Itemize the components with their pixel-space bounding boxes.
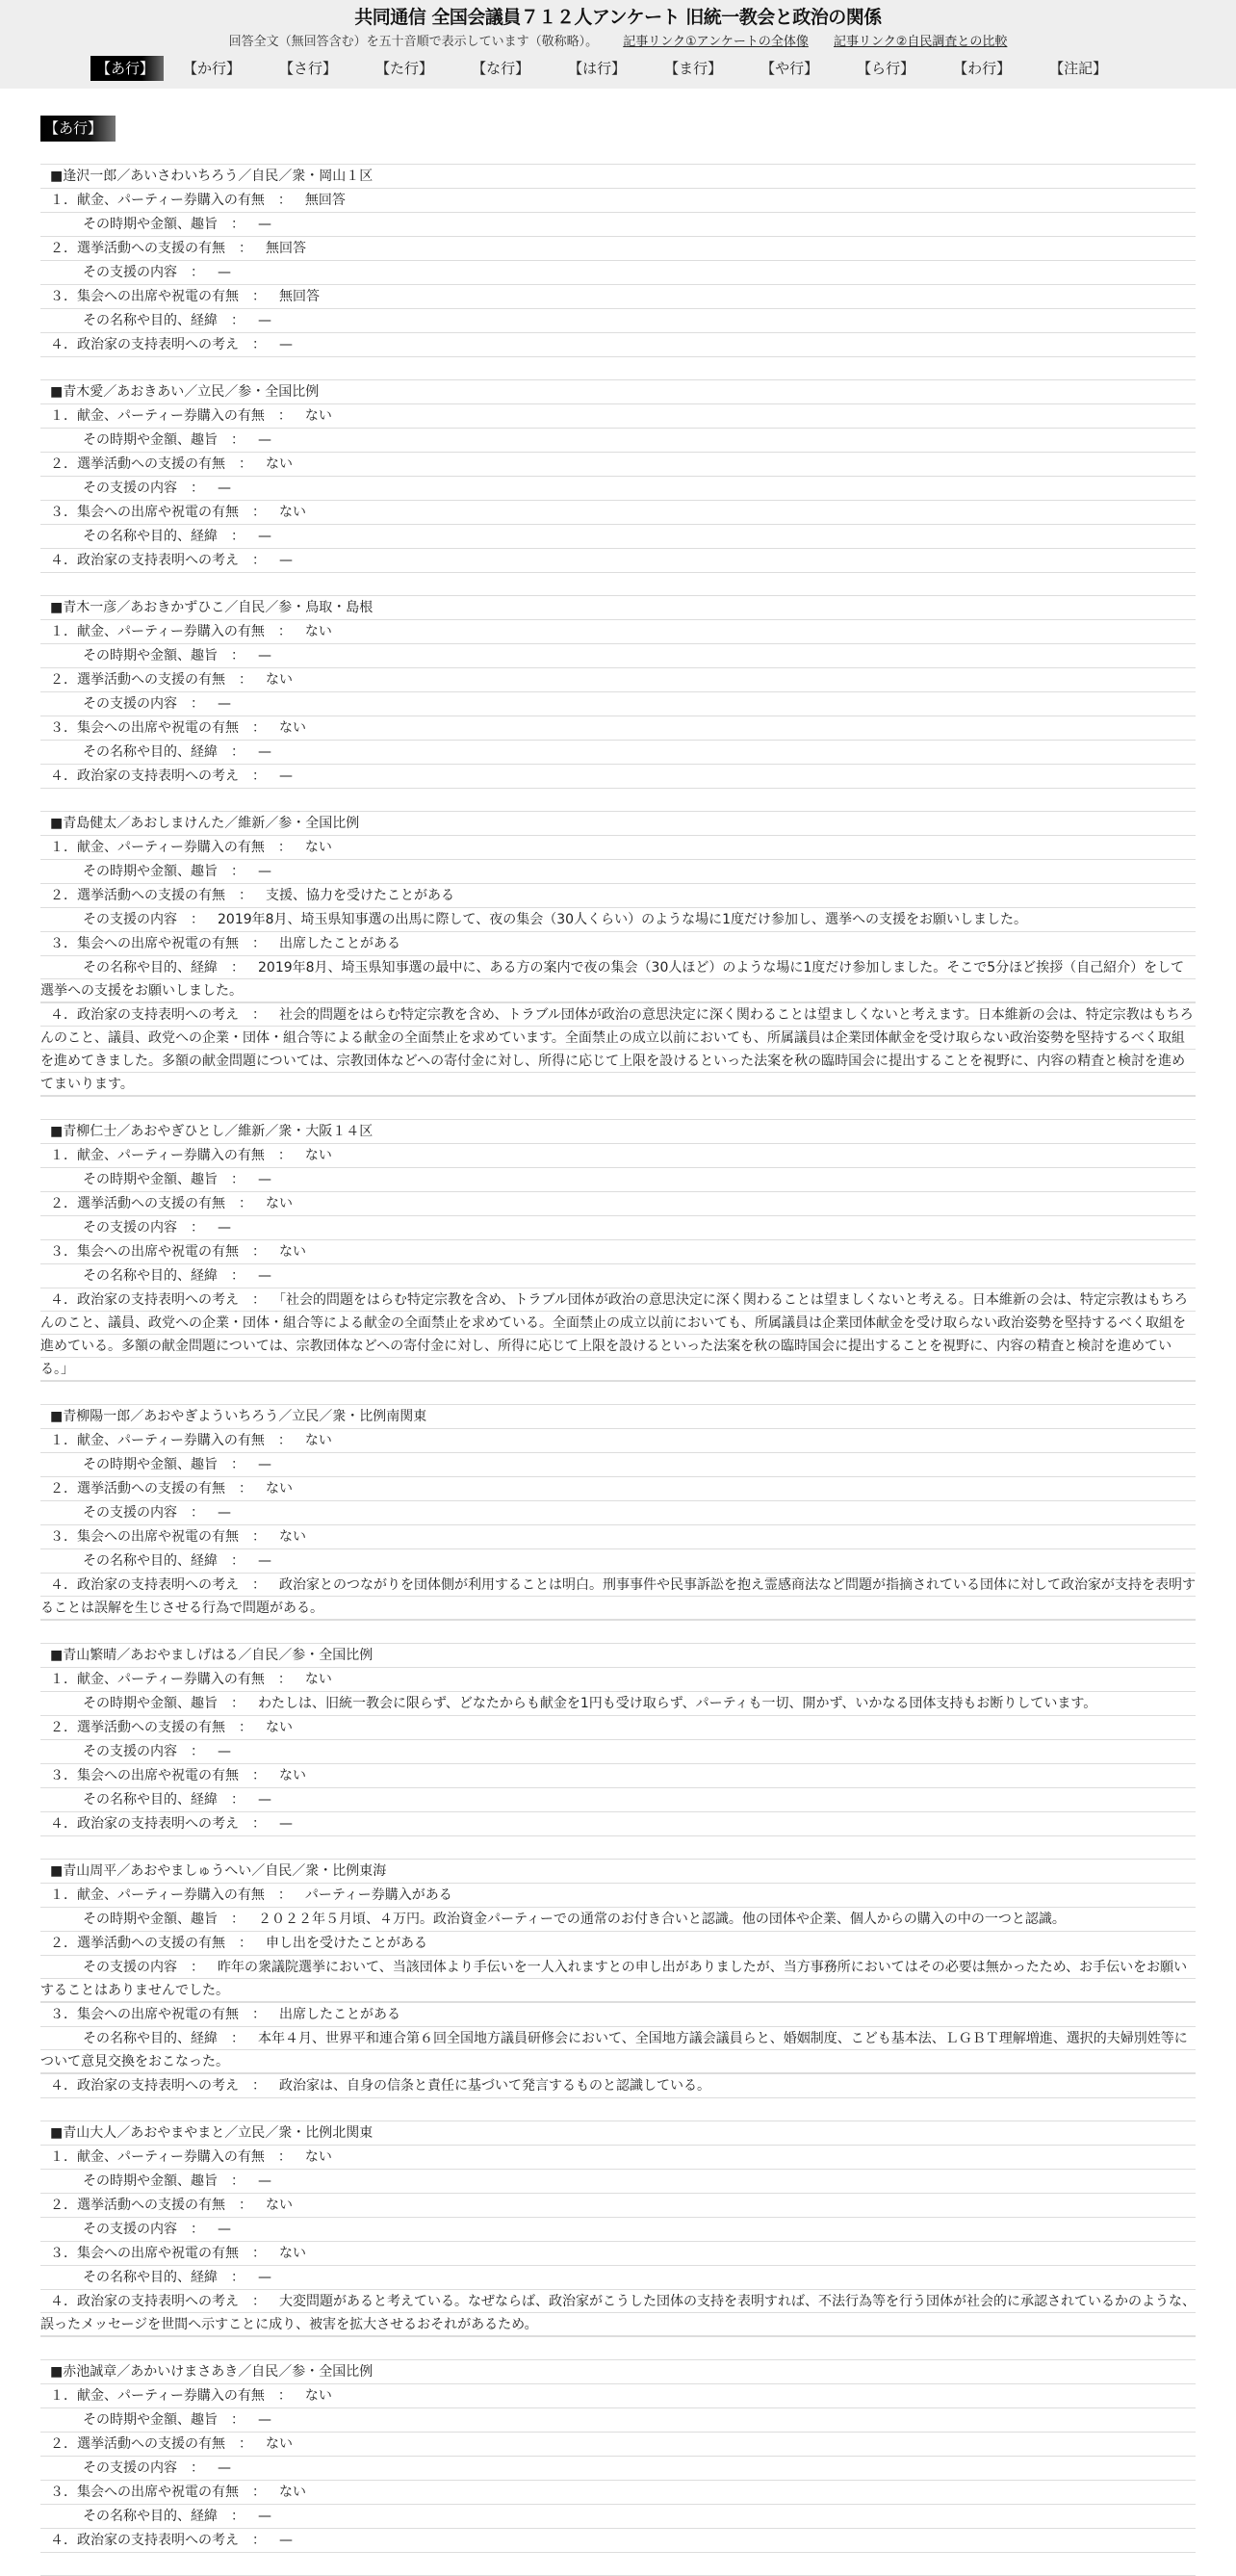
- member-entry: ■青島健太／あおしまけんた／維新／参・全国比例 １．献金、パーティー券購入の有無…: [40, 812, 1196, 1120]
- page-header: 共同通信 全国会議員７１２人アンケート 旧統一教会と政治の関係 回答全文（無回答…: [0, 0, 1236, 89]
- question-3-row: ３．集会への出席や祝電の有無：ない: [40, 2481, 1196, 2505]
- answer-2-detail: —: [218, 1744, 231, 1759]
- question-3-detail-row: その名称や目的、経緯：—: [40, 2266, 1196, 2290]
- answer-1: ない: [305, 2388, 332, 2404]
- question-2-row: ２．選挙活動への支援の有無：ない: [40, 453, 1196, 477]
- question-3-detail-row: その名称や目的、経緯：—: [40, 309, 1196, 333]
- answer-3: ない: [279, 1244, 306, 1260]
- question-1-detail-row: その時期や金額、趣旨：—: [40, 2170, 1196, 2194]
- subtitle-text: 回答全文（無回答含む）を五十音順で表示しています（敬称略）。: [229, 35, 599, 49]
- answer-3: 出席したことがある: [279, 2007, 400, 2022]
- page-title: 共同通信 全国会議員７１２人アンケート 旧統一教会と政治の関係: [0, 4, 1236, 31]
- question-2-detail-row: その支援の内容：—: [40, 1740, 1196, 1764]
- question-2-detail-row: その支援の内容：—: [40, 477, 1196, 501]
- answer-2: ない: [266, 1720, 293, 1735]
- answer-3-detail: —: [258, 2270, 271, 2285]
- question-2-row: ２．選挙活動への支援の有無：無回答: [40, 237, 1196, 261]
- member-header: ■青柳仁士／あおやぎひとし／維新／衆・大阪１４区: [40, 1120, 1196, 1144]
- question-3-detail-row: その名称や目的、経緯：—: [40, 1264, 1196, 1288]
- nav-tab-ha[interactable]: 【は行】: [564, 56, 630, 81]
- entry-spacer: [40, 573, 1196, 596]
- member-entry: ■青山周平／あおやましゅうへい／自民／衆・比例東海 １．献金、パーティー券購入の…: [40, 1860, 1196, 2121]
- question-3-detail-row: その名称や目的、経緯：2019年8月、埼玉県知事選の最中に、ある方の案内で夜の集…: [40, 956, 1196, 1003]
- question-2-row: ２．選挙活動への支援の有無：申し出を受けたことがある: [40, 1932, 1196, 1956]
- question-1-detail-row: その時期や金額、趣旨：わたしは、旧統一教会に限らず、どなたからも献金を1円も受け…: [40, 1692, 1196, 1716]
- question-4-row: ４．政治家の支持表明への考え：大変問題があると考えている。なぜならば、政治家がこ…: [40, 2290, 1196, 2337]
- answer-3: 無回答: [279, 289, 320, 304]
- question-4-row: ４．政治家の支持表明への考え：—: [40, 333, 1196, 357]
- answer-2: ない: [266, 1196, 293, 1211]
- answer-3-detail: —: [258, 1792, 271, 1808]
- kana-row-nav: 【あ行】 【か行】 【さ行】 【た行】 【な行】 【は行】 【ま行】 【や行】 …: [0, 54, 1236, 83]
- nav-tab-a[interactable]: 【あ行】: [90, 56, 164, 81]
- question-1-row: １．献金、パーティー券購入の有無：パーティー券購入がある: [40, 1884, 1196, 1908]
- question-1-row: １．献金、パーティー券購入の有無：ない: [40, 2384, 1196, 2408]
- answer-3-detail: —: [258, 1268, 271, 1284]
- question-4-row: ４．政治家の支持表明への考え：政治家は、自身の信条と責任に基づいて発言するものと…: [40, 2074, 1196, 2098]
- question-2-detail-row: その支援の内容：—: [40, 2457, 1196, 2481]
- answer-2: ない: [266, 2436, 293, 2452]
- question-1-row: １．献金、パーティー券購入の有無：ない: [40, 620, 1196, 644]
- question-2-detail-row: その支援の内容：—: [40, 1216, 1196, 1240]
- member-header: ■青木愛／あおきあい／立民／参・全国比例: [40, 380, 1196, 404]
- answer-3: ない: [279, 2485, 306, 2500]
- answer-4: —: [279, 2533, 293, 2548]
- question-3-detail-row: その名称や目的、経緯：—: [40, 741, 1196, 765]
- question-2-detail-row: その支援の内容：昨年の衆議院選挙において、当該団体より手伝いを一人入れますとの申…: [40, 1956, 1196, 2003]
- question-2-detail-row: その支援の内容：—: [40, 2218, 1196, 2242]
- answer-2: 申し出を受けたことがある: [266, 1936, 427, 1951]
- answer-4: 政治家は、自身の信条と責任に基づいて発言するものと認識している。: [279, 2078, 710, 2094]
- question-3-detail-row: その名称や目的、経緯：—: [40, 1549, 1196, 1574]
- question-1-detail-row: その時期や金額、趣旨：—: [40, 860, 1196, 884]
- answer-3: ない: [279, 1768, 306, 1783]
- question-1-detail-row: その時期や金額、趣旨：—: [40, 644, 1196, 668]
- question-3-row: ３．集会への出席や祝電の有無：無回答: [40, 285, 1196, 309]
- answer-4: —: [279, 768, 293, 784]
- question-2-row: ２．選挙活動への支援の有無：ない: [40, 2194, 1196, 2218]
- question-1-row: １．献金、パーティー券購入の有無：ない: [40, 1668, 1196, 1692]
- question-1-row: １．献金、パーティー券購入の有無：無回答: [40, 189, 1196, 213]
- member-entry: ■青木愛／あおきあい／立民／参・全国比例 １．献金、パーティー券購入の有無：ない…: [40, 380, 1196, 596]
- answer-2-detail: —: [218, 2460, 231, 2476]
- answer-3: ない: [279, 1529, 306, 1545]
- question-1-row: １．献金、パーティー券購入の有無：ない: [40, 404, 1196, 429]
- question-4-row: ４．政治家の支持表明への考え：社会的問題をはらむ特定宗教を含め、トラブル団体が政…: [40, 1003, 1196, 1097]
- entry-spacer: [40, 1621, 1196, 1644]
- question-3-detail-row: その名称や目的、経緯：—: [40, 525, 1196, 549]
- question-3-row: ３．集会への出席や祝電の有無：ない: [40, 501, 1196, 525]
- question-2-row: ２．選挙活動への支援の有無：支援、協力を受けたことがある: [40, 884, 1196, 908]
- question-2-detail-row: その支援の内容：—: [40, 1501, 1196, 1525]
- member-header: ■赤池誠章／あかいけまさあき／自民／参・全国比例: [40, 2360, 1196, 2384]
- answer-1: ない: [305, 840, 332, 855]
- question-3-row: ３．集会への出席や祝電の有無：ない: [40, 2242, 1196, 2266]
- question-4-row: ４．政治家の支持表明への考え：—: [40, 765, 1196, 789]
- question-1-detail-row: その時期や金額、趣旨：—: [40, 2408, 1196, 2433]
- answer-2: ない: [266, 672, 293, 688]
- member-header: ■逢沢一郎／あいさわいちろう／自民／衆・岡山１区: [40, 165, 1196, 189]
- answer-1-detail: —: [258, 2412, 271, 2428]
- nav-tab-ya[interactable]: 【や行】: [757, 56, 822, 81]
- question-1-detail-row: その時期や金額、趣旨：—: [40, 1168, 1196, 1192]
- question-1-detail-row: その時期や金額、趣旨：—: [40, 213, 1196, 237]
- answer-2: 支援、協力を受けたことがある: [266, 888, 454, 903]
- answer-3-detail: —: [258, 2509, 271, 2524]
- question-4-row: ４．政治家の支持表明への考え：政治家とのつながりを団体側が利用することは明白。刑…: [40, 1574, 1196, 1621]
- question-3-row: ３．集会への出席や祝電の有無：ない: [40, 1240, 1196, 1264]
- main-content: 【あ行】 ■逢沢一郎／あいさわいちろう／自民／衆・岡山１区 １．献金、パーティー…: [0, 89, 1236, 2576]
- entry-spacer: [40, 1836, 1196, 1860]
- question-2-detail-row: その支援の内容：2019年8月、埼玉県知事選の出馬に際して、夜の集会（30人くら…: [40, 908, 1196, 932]
- question-3-detail-row: その名称や目的、経緯：本年４月、世界平和連合第６回全国地方議員研修会において、全…: [40, 2027, 1196, 2074]
- answer-3: 出席したことがある: [279, 936, 400, 951]
- nav-tab-notes[interactable]: 【注記】: [1045, 56, 1111, 81]
- section-heading-a: 【あ行】: [40, 116, 116, 142]
- question-1-row: １．献金、パーティー券購入の有無：ない: [40, 1144, 1196, 1168]
- answer-2: ない: [266, 456, 293, 472]
- answer-2: ない: [266, 1481, 293, 1496]
- member-entry: ■青柳仁士／あおやぎひとし／維新／衆・大阪１４区 １．献金、パーティー券購入の有…: [40, 1120, 1196, 1405]
- nav-tab-wa[interactable]: 【わ行】: [949, 56, 1015, 81]
- question-2-row: ２．選挙活動への支援の有無：ない: [40, 2433, 1196, 2457]
- entry-spacer: [40, 1097, 1196, 1120]
- answer-4: —: [279, 1816, 293, 1832]
- question-2-row: ２．選挙活動への支援の有無：ない: [40, 1192, 1196, 1216]
- question-1-detail-row: その時期や金額、趣旨：２０２２年５月頃、４万円。政治資金パーティーでの通常のお付…: [40, 1908, 1196, 1932]
- entry-spacer: [40, 789, 1196, 812]
- question-2-row: ２．選挙活動への支援の有無：ない: [40, 668, 1196, 692]
- answer-2-detail: —: [218, 481, 231, 496]
- answer-3: ない: [279, 2246, 306, 2261]
- entry-spacer: [40, 2337, 1196, 2360]
- question-2-detail-row: その支援の内容：—: [40, 261, 1196, 285]
- answer-1-detail: —: [258, 648, 271, 664]
- answer-1: ない: [305, 1148, 332, 1163]
- member-entry: ■青山繁晴／あおやましげはる／自民／参・全国比例 １．献金、パーティー券購入の有…: [40, 1644, 1196, 1860]
- entry-list: ■逢沢一郎／あいさわいちろう／自民／衆・岡山１区 １．献金、パーティー券購入の有…: [40, 164, 1196, 2576]
- page-subtitle: 回答全文（無回答含む）を五十音順で表示しています（敬称略）。 記事リンク①アンケ…: [0, 31, 1236, 54]
- answer-3-detail: —: [258, 529, 271, 544]
- question-1-detail-row: その時期や金額、趣旨：—: [40, 1453, 1196, 1477]
- member-header: ■青柳陽一郎／あおやぎよういちろう／立民／衆・比例南関東: [40, 1405, 1196, 1429]
- question-1-row: １．献金、パーティー券購入の有無：ない: [40, 2146, 1196, 2170]
- answer-3-detail: —: [258, 313, 271, 328]
- answer-2: ない: [266, 2198, 293, 2213]
- answer-1-detail: —: [258, 1457, 271, 1472]
- answer-1: パーティー券購入がある: [305, 1887, 452, 1903]
- nav-tab-na[interactable]: 【な行】: [468, 56, 533, 81]
- question-4-row: ４．政治家の支持表明への考え：—: [40, 1812, 1196, 1836]
- nav-tab-ka[interactable]: 【か行】: [179, 56, 245, 81]
- question-3-row: ３．集会への出席や祝電の有無：ない: [40, 1525, 1196, 1549]
- answer-3-detail: —: [258, 744, 271, 760]
- answer-4: —: [279, 553, 293, 568]
- question-4-row: ４．政治家の支持表明への考え：—: [40, 549, 1196, 573]
- nav-tab-ta[interactable]: 【た行】: [372, 56, 437, 81]
- answer-2: 無回答: [266, 241, 306, 256]
- question-1-detail-row: その時期や金額、趣旨：—: [40, 429, 1196, 453]
- member-entry: ■青木一彦／あおきかずひこ／自民／参・鳥取・島根 １．献金、パーティー券購入の有…: [40, 596, 1196, 812]
- answer-2-detail: —: [218, 1505, 231, 1521]
- question-1-row: １．献金、パーティー券購入の有無：ない: [40, 836, 1196, 860]
- member-entry: ■青柳陽一郎／あおやぎよういちろう／立民／衆・比例南関東 １．献金、パーティー券…: [40, 1405, 1196, 1644]
- question-3-detail-row: その名称や目的、経緯：—: [40, 1788, 1196, 1812]
- question-3-row: ３．集会への出席や祝電の有無：出席したことがある: [40, 932, 1196, 956]
- answer-1-detail: ２０２２年５月頃、４万円。政治資金パーティーでの通常のお付き合いと認識。他の団体…: [258, 1912, 1066, 1927]
- answer-1: ない: [305, 2149, 332, 2165]
- answer-1-detail: わたしは、旧統一教会に限らず、どなたからも献金を1円も受け取らず、パーティも一切…: [258, 1696, 1096, 1711]
- answer-1-detail: —: [258, 2173, 271, 2189]
- question-2-row: ２．選挙活動への支援の有無：ない: [40, 1477, 1196, 1501]
- question-3-row: ３．集会への出席や祝電の有無：ない: [40, 716, 1196, 741]
- question-1-row: １．献金、パーティー券購入の有無：ない: [40, 1429, 1196, 1453]
- answer-1: ない: [305, 1672, 332, 1687]
- question-4-row: ４．政治家の支持表明への考え：「社会的問題をはらむ特定宗教を含め、トラブル団体が…: [40, 1288, 1196, 1382]
- member-entry: ■赤池誠章／あかいけまさあき／自民／参・全国比例 １．献金、パーティー券購入の有…: [40, 2360, 1196, 2576]
- answer-2-detail: —: [218, 696, 231, 712]
- member-header: ■青山繁晴／あおやましげはる／自民／参・全国比例: [40, 1644, 1196, 1668]
- answer-1-detail: —: [258, 864, 271, 879]
- member-entry: ■青山大人／あおやまやまと／立民／衆・比例北関東 １．献金、パーティー券購入の有…: [40, 2121, 1196, 2360]
- article-link-1[interactable]: 記事リンク①アンケートの全体像: [623, 35, 809, 49]
- member-header: ■青島健太／あおしまけんた／維新／参・全国比例: [40, 812, 1196, 836]
- member-entry: ■逢沢一郎／あいさわいちろう／自民／衆・岡山１区 １．献金、パーティー券購入の有…: [40, 165, 1196, 380]
- nav-tab-sa[interactable]: 【さ行】: [275, 56, 341, 81]
- answer-3: ない: [279, 505, 306, 520]
- answer-1: ない: [305, 408, 332, 424]
- question-3-detail-row: その名称や目的、経緯：—: [40, 2505, 1196, 2529]
- question-2-row: ２．選挙活動への支援の有無：ない: [40, 1716, 1196, 1740]
- nav-tab-ma[interactable]: 【ま行】: [660, 56, 726, 81]
- answer-2-detail: 2019年8月、埼玉県知事選の出馬に際して、夜の集会（30人くらい）のような場に…: [218, 912, 1027, 927]
- answer-1-detail: —: [258, 432, 271, 448]
- entry-spacer: [40, 2098, 1196, 2121]
- answer-2-detail: —: [218, 1220, 231, 1236]
- nav-tab-ra[interactable]: 【ら行】: [853, 56, 918, 81]
- question-3-row: ３．集会への出席や祝電の有無：出席したことがある: [40, 2003, 1196, 2027]
- member-header: ■青木一彦／あおきかずひこ／自民／参・鳥取・島根: [40, 596, 1196, 620]
- member-header: ■青山大人／あおやまやまと／立民／衆・比例北関東: [40, 2121, 1196, 2146]
- answer-2-detail: —: [218, 265, 231, 280]
- entry-spacer: [40, 1382, 1196, 1405]
- entry-spacer: [40, 357, 1196, 380]
- question-3-row: ３．集会への出席や祝電の有無：ない: [40, 1764, 1196, 1788]
- answer-1-detail: —: [258, 217, 271, 232]
- answer-3: ない: [279, 720, 306, 736]
- answer-4: —: [279, 337, 293, 352]
- entry-spacer: [40, 2553, 1196, 2576]
- answer-1-detail: —: [258, 1172, 271, 1187]
- answer-1: ない: [305, 624, 332, 639]
- answer-3-detail: —: [258, 1553, 271, 1569]
- answer-2-detail: —: [218, 2222, 231, 2237]
- answer-1: 無回答: [305, 193, 346, 208]
- question-2-detail-row: その支援の内容：—: [40, 692, 1196, 716]
- member-header: ■青山周平／あおやましゅうへい／自民／衆・比例東海: [40, 1860, 1196, 1884]
- answer-1: ない: [305, 1433, 332, 1448]
- article-link-2[interactable]: 記事リンク②自民調査との比較: [834, 35, 1007, 49]
- question-4-row: ４．政治家の支持表明への考え：—: [40, 2529, 1196, 2553]
